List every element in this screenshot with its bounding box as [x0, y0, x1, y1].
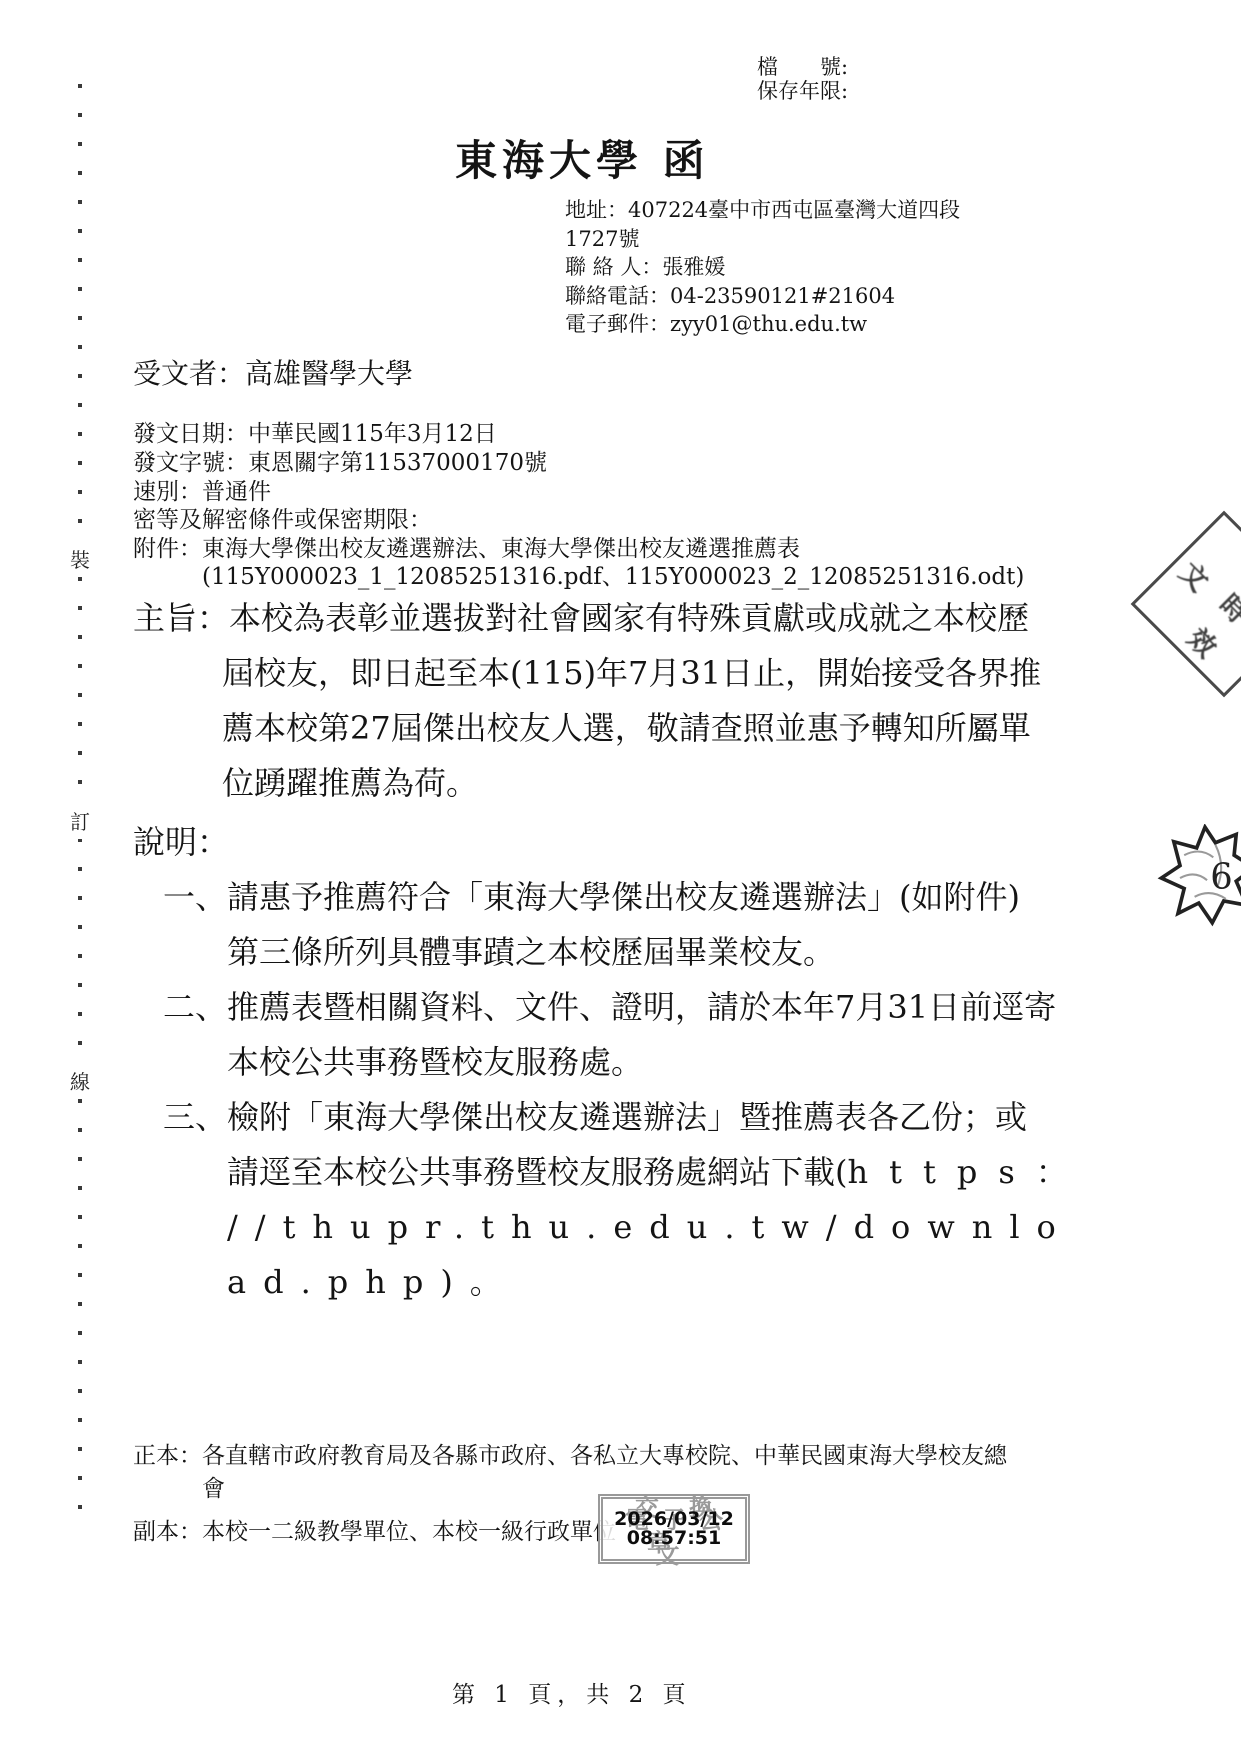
- copy-label: 副本：: [133, 1519, 202, 1545]
- doc-number: 發文字號：東恩關字第11537000170號: [133, 449, 547, 477]
- item2-ordinal: 二、: [163, 988, 227, 1026]
- file-number-label: 檔 號:: [757, 55, 848, 79]
- primary-recipients-line1: 正本：各直轄市政府教育局及各縣市政府、各私立大專校院、中華民國東海大學校友總: [133, 1440, 1007, 1472]
- download-url-part2: //thupr.thu.edu.tw/downlo: [227, 1207, 1073, 1247]
- explanation-item1-line2: 第三條所列具體事蹟之本校歷屆畢業校友。: [227, 932, 835, 972]
- explanation-label: 說明：: [133, 822, 229, 862]
- flower-page-seal: 6: [1150, 824, 1241, 928]
- document-title: 東海大學 函: [455, 128, 710, 188]
- item1-ordinal: 一、: [163, 878, 227, 916]
- recipient-line: 受文者：高雄醫學大學: [133, 352, 413, 392]
- binding-mark-zhuang: 裝: [68, 540, 92, 577]
- sender-phone: 聯絡電話：04-23590121#21604: [565, 282, 895, 310]
- sender-address-line1: 地址：407224臺中市西屯區臺灣大道四段: [565, 196, 960, 224]
- copy-recipients: 副本：本校一二級教學單位、本校一級行政單位: [133, 1516, 616, 1548]
- subject-line3: 薦本校第27屆傑出校友人選，敬請查照並惠予轉知所屬單: [222, 708, 1031, 748]
- explanation-item2-line1: 二、推薦表暨相關資料、文件、證明，請於本年7月31日前逕寄: [163, 987, 1056, 1027]
- item3-ordinal: 三、: [163, 1098, 227, 1136]
- page-footer: 第 1 頁，共 2 頁: [452, 1676, 692, 1709]
- priority-level: 速別：普通件: [133, 478, 271, 506]
- subject-line2: 屆校友，即日起至本(115)年7月31日止，開始接受各界推: [222, 653, 1041, 693]
- sender-email: 電子郵件：zyy01@thu.edu.tw: [565, 310, 867, 338]
- official-letter-page: 裝 訂 線 檔 號: 保存年限: 東海大學 函 地址：407224臺中市西屯區臺…: [0, 0, 1241, 1754]
- electronic-exchange-stamp: 電子公文 交換章 2026/03/12 08:57:51: [598, 1494, 750, 1564]
- explanation-item3-line1: 三、檢附「東海大學傑出校友遴選辦法」暨推薦表各乙份；或: [163, 1097, 1027, 1137]
- flower-seal-number: 6: [1210, 856, 1233, 897]
- subject-line1: 主旨：本校為表彰並選拔對社會國家有特殊貢獻或成就之本校歷: [133, 598, 1029, 638]
- issue-date: 發文日期：中華民國115年3月12日: [133, 420, 497, 448]
- subject-line4: 位踴躍推薦為荷。: [222, 763, 478, 803]
- subject-label: 主旨：: [133, 599, 229, 637]
- attachment-line2: (115Y000023_1_12085251316.pdf、115Y000023…: [202, 563, 1024, 591]
- stamp-time: 08:57:51: [603, 1529, 745, 1548]
- download-url-part1: https：: [848, 1153, 1089, 1191]
- sender-address-line2: 1727號: [565, 225, 639, 253]
- primary-recipients-line2: 會: [202, 1473, 225, 1505]
- explanation-item3-line2: 請逕至本校公共事務暨校友服務處網站下載(https：: [227, 1152, 1089, 1192]
- retention-period-label: 保存年限:: [757, 79, 848, 103]
- explanation-item2-line2: 本校公共事務暨校友服務處。: [227, 1042, 643, 1082]
- stamp-datetime: 2026/03/12 08:57:51: [603, 1510, 745, 1548]
- explanation-item1-line1: 一、請惠予推薦符合「東海大學傑出校友遴選辦法」(如附件): [163, 877, 1020, 917]
- attachment-line1: 附件：東海大學傑出校友遴選辦法、東海大學傑出校友遴選推薦表: [133, 535, 800, 563]
- timeliness-seal: 文 時 效: [1130, 530, 1241, 705]
- sender-contact-person: 聯 絡 人：張雅媛: [565, 253, 725, 281]
- primary-label: 正本：: [133, 1443, 202, 1469]
- binding-mark-ding: 訂: [68, 802, 92, 839]
- binding-mark-xian: 線: [68, 1062, 92, 1099]
- download-url-part3: ad.php)。: [227, 1262, 502, 1302]
- security-classification: 密等及解密條件或保密期限：: [133, 506, 432, 534]
